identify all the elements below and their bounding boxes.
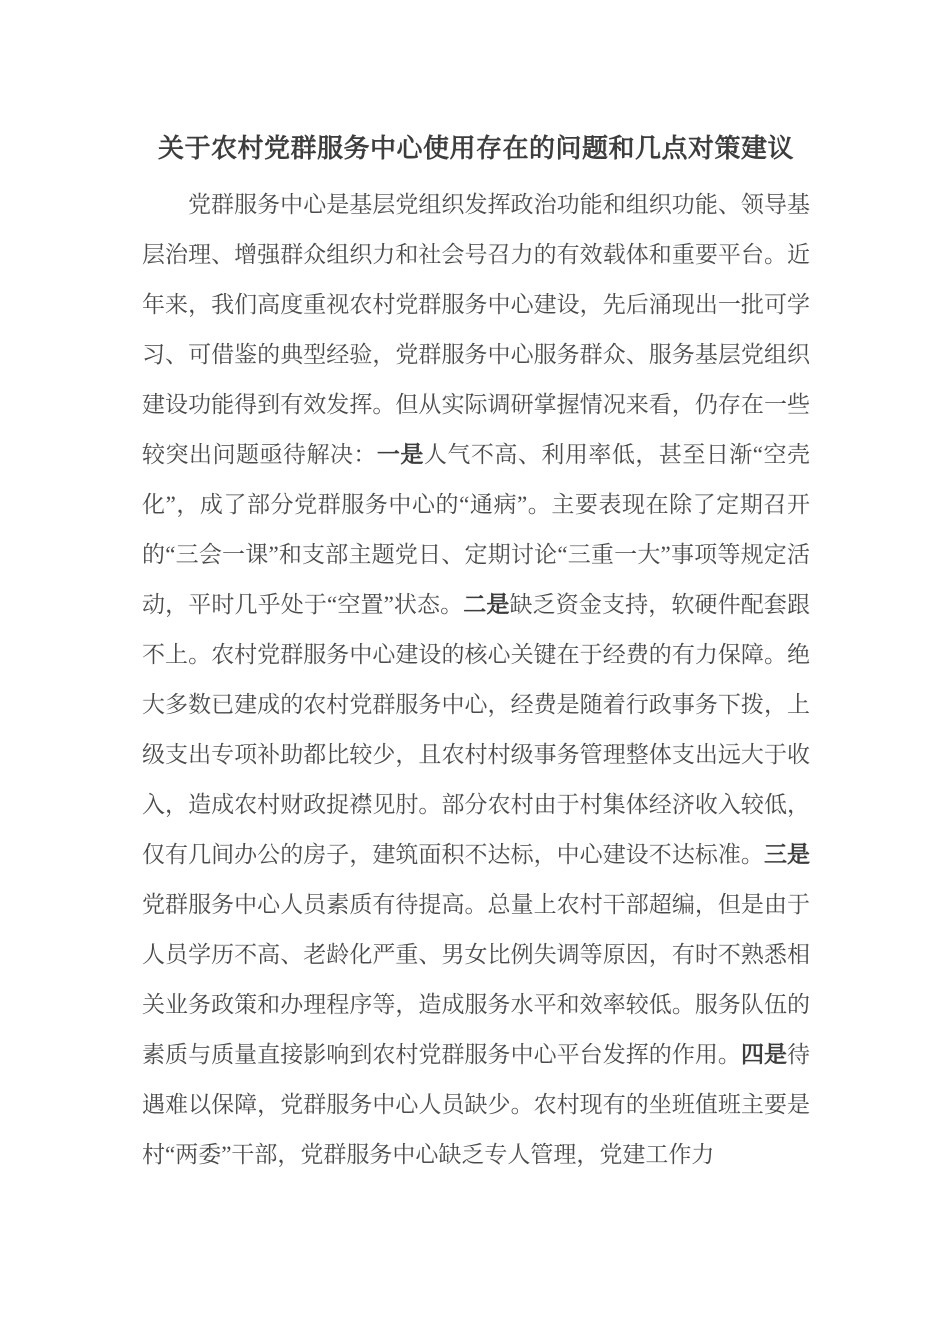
text-run: 缺乏资金支持，软硬件配套跟不上。农村党群服务中心建设的核心关键在于经费的有力保障… [142,592,810,867]
emphasis-run: 三是 [764,842,810,867]
document-page: 关于农村党群服务中心使用存在的问题和几点对策建议 党群服务中心是基层党组织发挥政… [0,0,950,1344]
text-run: 人气不高、利用率低，甚至日渐“空壳化”，成了部分党群服务中心的“通病”。主要表现… [142,442,810,617]
emphasis-run: 二是 [463,592,509,617]
text-run: 党群服务中心是基层党组织发挥政治功能和组织功能、领导基层治理、增强群众组织力和社… [142,192,810,467]
emphasis-run: 一是 [377,442,424,467]
document-title: 关于农村党群服务中心使用存在的问题和几点对策建议 [142,126,810,172]
text-run: 党群服务中心人员素质有待提高。总量上农村干部超编，但是由于人员学历不高、老龄化严… [142,892,810,1067]
emphasis-run: 四是 [741,1042,787,1067]
document-body-paragraph: 党群服务中心是基层党组织发挥政治功能和组织功能、领导基层治理、增强群众组织力和社… [142,180,810,1180]
